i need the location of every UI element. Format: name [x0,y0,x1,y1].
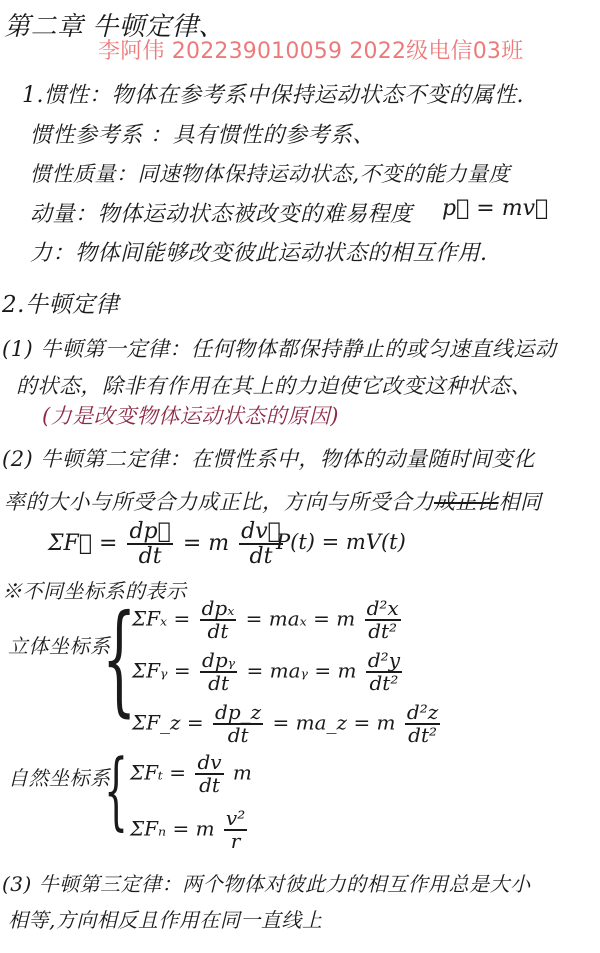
second-law-text-b: 相同 [499,490,542,514]
natural-row-normal: ΣFₙ = m v²r [130,808,250,852]
note-page: 李阿伟 202239010059 2022级电信03班 第二章 牛顿定律、 1.… [0,0,600,953]
first-law-line-1: (1) 牛顿第一定律：任何物体都保持静止的或匀速直线运动 [2,333,556,363]
struck-text: 成正比 [434,490,499,514]
formula-mid: = m [183,531,229,556]
inertial-frame-definition: 惯性参考系 ：具有惯性的参考系、 [30,118,375,149]
cartesian-row-x: ΣFₓ = dpₓdt = maₓ = m d²xdt² [132,598,404,642]
second-law-line-2: 率的大小与所受合力成正比，方向与所受合力成正比相同 [4,486,542,516]
third-law-line-2: 相等,方向相反且作用在同一直线上 [8,904,322,933]
momentum-time-note: P(t) = mV(t) [276,530,406,554]
natural-brace: { [104,748,128,832]
momentum-formula: p⃗ = mv⃗ [442,196,548,221]
fraction-dp-dt: dp⃗ dt [127,520,172,568]
natural-coord-label: 自然坐标系 [8,762,111,791]
natural-row-tangential: ΣFₜ = dvdt m [130,752,252,796]
force-definition: 力：物体间能够改变彼此运动状态的相互作用. [30,236,488,267]
second-law-formula: ΣF⃗ = dp⃗ dt = m dv⃗ dt [48,520,286,568]
first-law-annotation: (力是改变物体运动状态的原因) [42,400,339,430]
cartesian-label: 立体坐标系 [8,630,111,659]
first-law-line-2: 的状态，除非有作用在其上的力迫使它改变这种状态、 [16,370,532,400]
third-law-line-1: (3) 牛顿第三定律：两个物体对彼此力的相互作用总是大小 [2,868,531,897]
cartesian-row-y: ΣFᵧ = dpᵧdt = maᵧ = m d²ydt² [132,650,405,694]
watermark: 李阿伟 202239010059 2022级电信03班 [98,34,523,65]
momentum-definition: 动量：物体运动状态被改变的难易程度 [30,197,413,228]
second-law-line-1: (2) 牛顿第二定律：在惯性系中，物体的动量随时间变化 [2,443,535,473]
formula-lhs: ΣF⃗ = [48,531,117,556]
inertia-definition: 1.惯性：物体在参考系中保持运动状态不变的属性. [22,78,524,109]
inertial-mass-definition: 惯性质量：同速物体保持运动状态,不变的能力量度 [30,158,510,188]
section-newton-laws-title: 2.牛顿定律 [2,286,119,319]
cartesian-row-z: ΣF_z = dp_zdt = ma_z = m d²zdt² [132,702,443,746]
second-law-text-a: 率的大小与所受合力成正比，方向与所受合力 [4,490,434,514]
